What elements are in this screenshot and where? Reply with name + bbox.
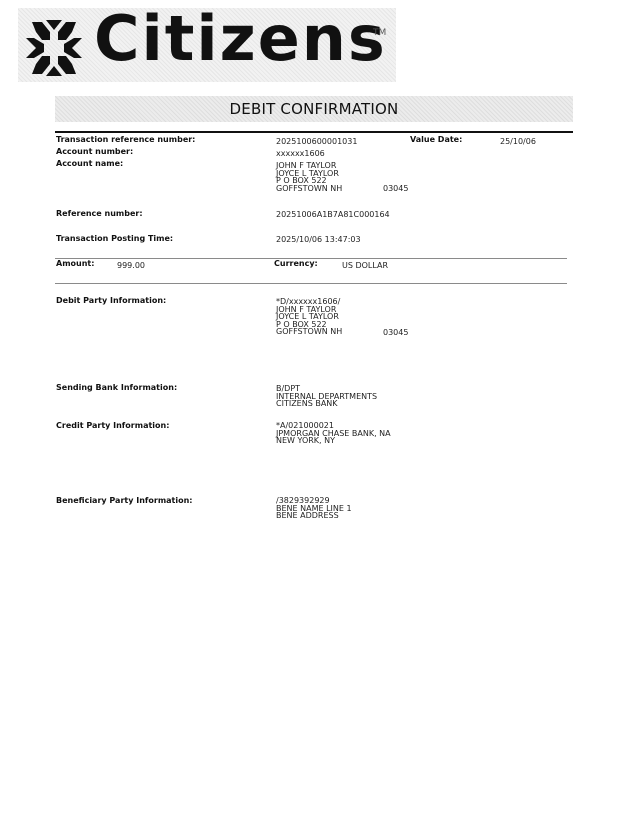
reference-number-value: 20251006A1B7A81C000164 <box>276 211 390 219</box>
header-divider <box>55 131 573 133</box>
sending-bank-lines: B/DPT INTERNAL DEPARTMENTS CITIZENS BANK <box>276 385 377 408</box>
credit-party-line: NEW YORK, NY <box>276 437 391 445</box>
value-date-value: 25/10/06 <box>500 138 536 146</box>
account-name-lines: JOHN F TAYLOR JOYCE L TAYLOR P O BOX 522… <box>276 162 342 192</box>
trademark-mark: TM <box>373 28 386 38</box>
debit-party-line: GOFFSTOWN NH <box>276 328 342 336</box>
reference-number-label: Reference number: <box>56 209 143 218</box>
account-name-line: GOFFSTOWN NH <box>276 185 342 193</box>
debit-party-lines: *D/xxxxxx1606/ JOHN F TAYLOR JOYCE L TAY… <box>276 298 342 336</box>
citizens-logo: Citizens TM <box>18 8 396 82</box>
account-postal-code: 03045 <box>383 185 408 193</box>
account-number-value: xxxxxx1606 <box>276 150 325 158</box>
currency-value: US DOLLAR <box>342 262 388 270</box>
sending-bank-label: Sending Bank Information: <box>56 383 177 392</box>
account-number-label: Account number: <box>56 147 133 156</box>
beneficiary-party-line: BENE ADDRESS <box>276 512 352 520</box>
citizens-arrows-icon <box>24 18 84 78</box>
account-name-label: Account name: <box>56 159 123 168</box>
amount-label: Amount: <box>56 259 94 268</box>
amount-bottom-divider <box>55 283 567 284</box>
beneficiary-party-label: Beneficiary Party Information: <box>56 496 193 505</box>
document-title: DEBIT CONFIRMATION <box>230 100 399 118</box>
sending-bank-line: CITIZENS BANK <box>276 400 377 408</box>
brand-name: Citizens <box>94 2 387 75</box>
beneficiary-party-lines: /3829392929 BENE NAME LINE 1 BENE ADDRES… <box>276 497 352 520</box>
posting-time-value: 2025/10/06 13:47:03 <box>276 236 361 244</box>
posting-time-label: Transaction Posting Time: <box>56 234 173 243</box>
debit-party-postal-code: 03045 <box>383 329 408 337</box>
debit-party-label: Debit Party Information: <box>56 296 166 305</box>
amount-value: 999.00 <box>117 262 145 270</box>
transaction-reference-value: 2025100600001031 <box>276 138 357 146</box>
currency-label: Currency: <box>274 259 318 268</box>
credit-party-lines: *A/021000021 JPMORGAN CHASE BANK, NA NEW… <box>276 422 391 445</box>
value-date-label: Value Date: <box>410 135 462 144</box>
document-title-band: DEBIT CONFIRMATION <box>55 96 573 122</box>
transaction-reference-label: Transaction reference number: <box>56 135 195 144</box>
credit-party-label: Credit Party Information: <box>56 421 169 430</box>
